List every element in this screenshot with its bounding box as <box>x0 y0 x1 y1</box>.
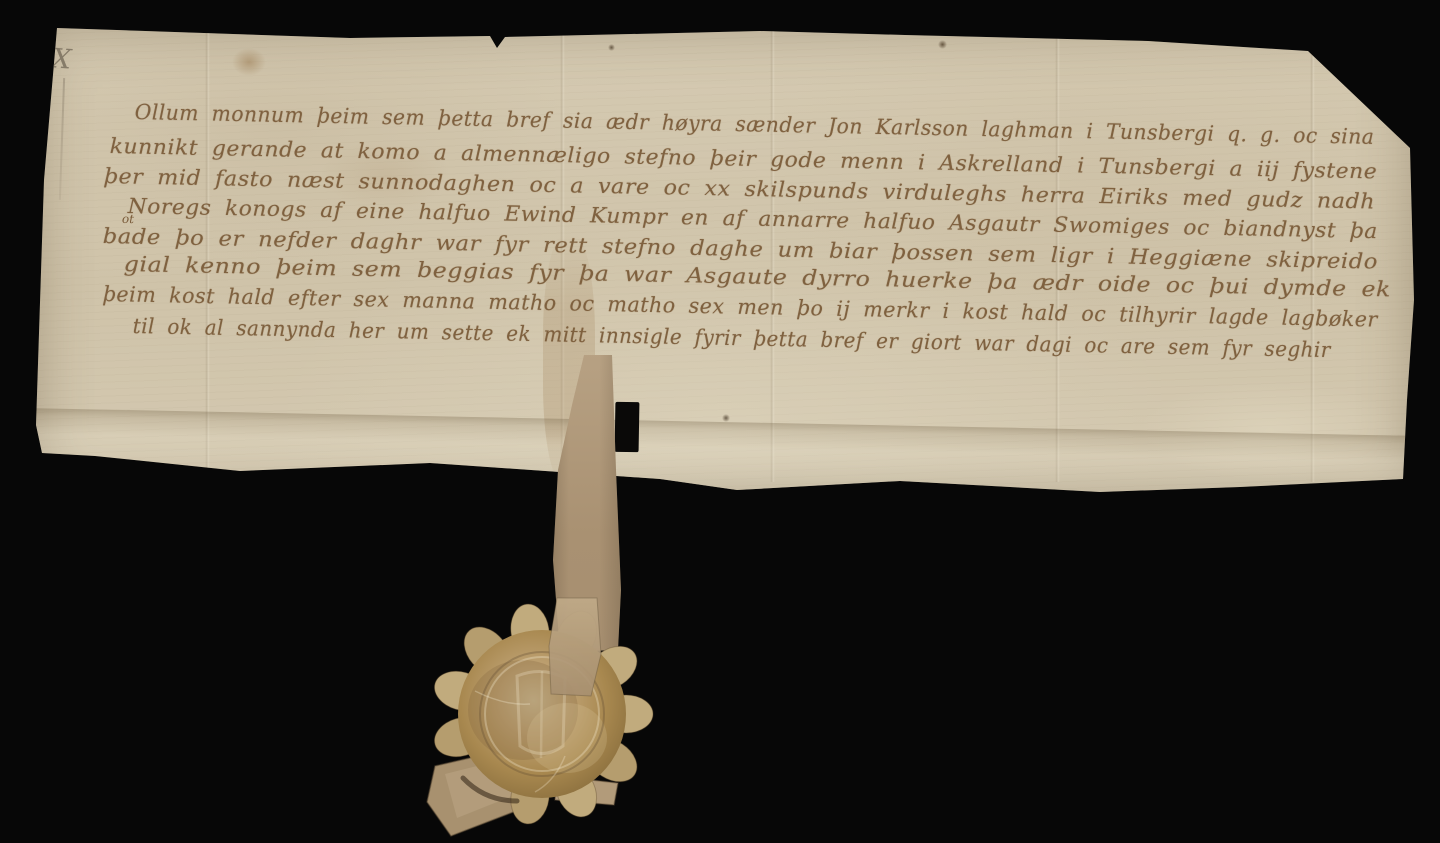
ink-fleck <box>608 44 615 51</box>
ink-fleck <box>722 414 730 422</box>
stain <box>232 48 266 76</box>
wax-seal <box>405 596 685 843</box>
seal-light-blotch <box>527 703 607 773</box>
tag-through-seal <box>549 598 601 696</box>
interlinear-insert: ot <box>122 212 134 226</box>
parchment-document: X Ollum monnum þeim sem þetta bref sia æ… <box>30 20 1420 500</box>
x-mark: X <box>51 43 72 75</box>
seal-tag-slit <box>615 402 640 452</box>
photo-background: X Ollum monnum þeim sem þetta bref sia æ… <box>0 0 1440 843</box>
ink-fleck <box>938 40 947 49</box>
